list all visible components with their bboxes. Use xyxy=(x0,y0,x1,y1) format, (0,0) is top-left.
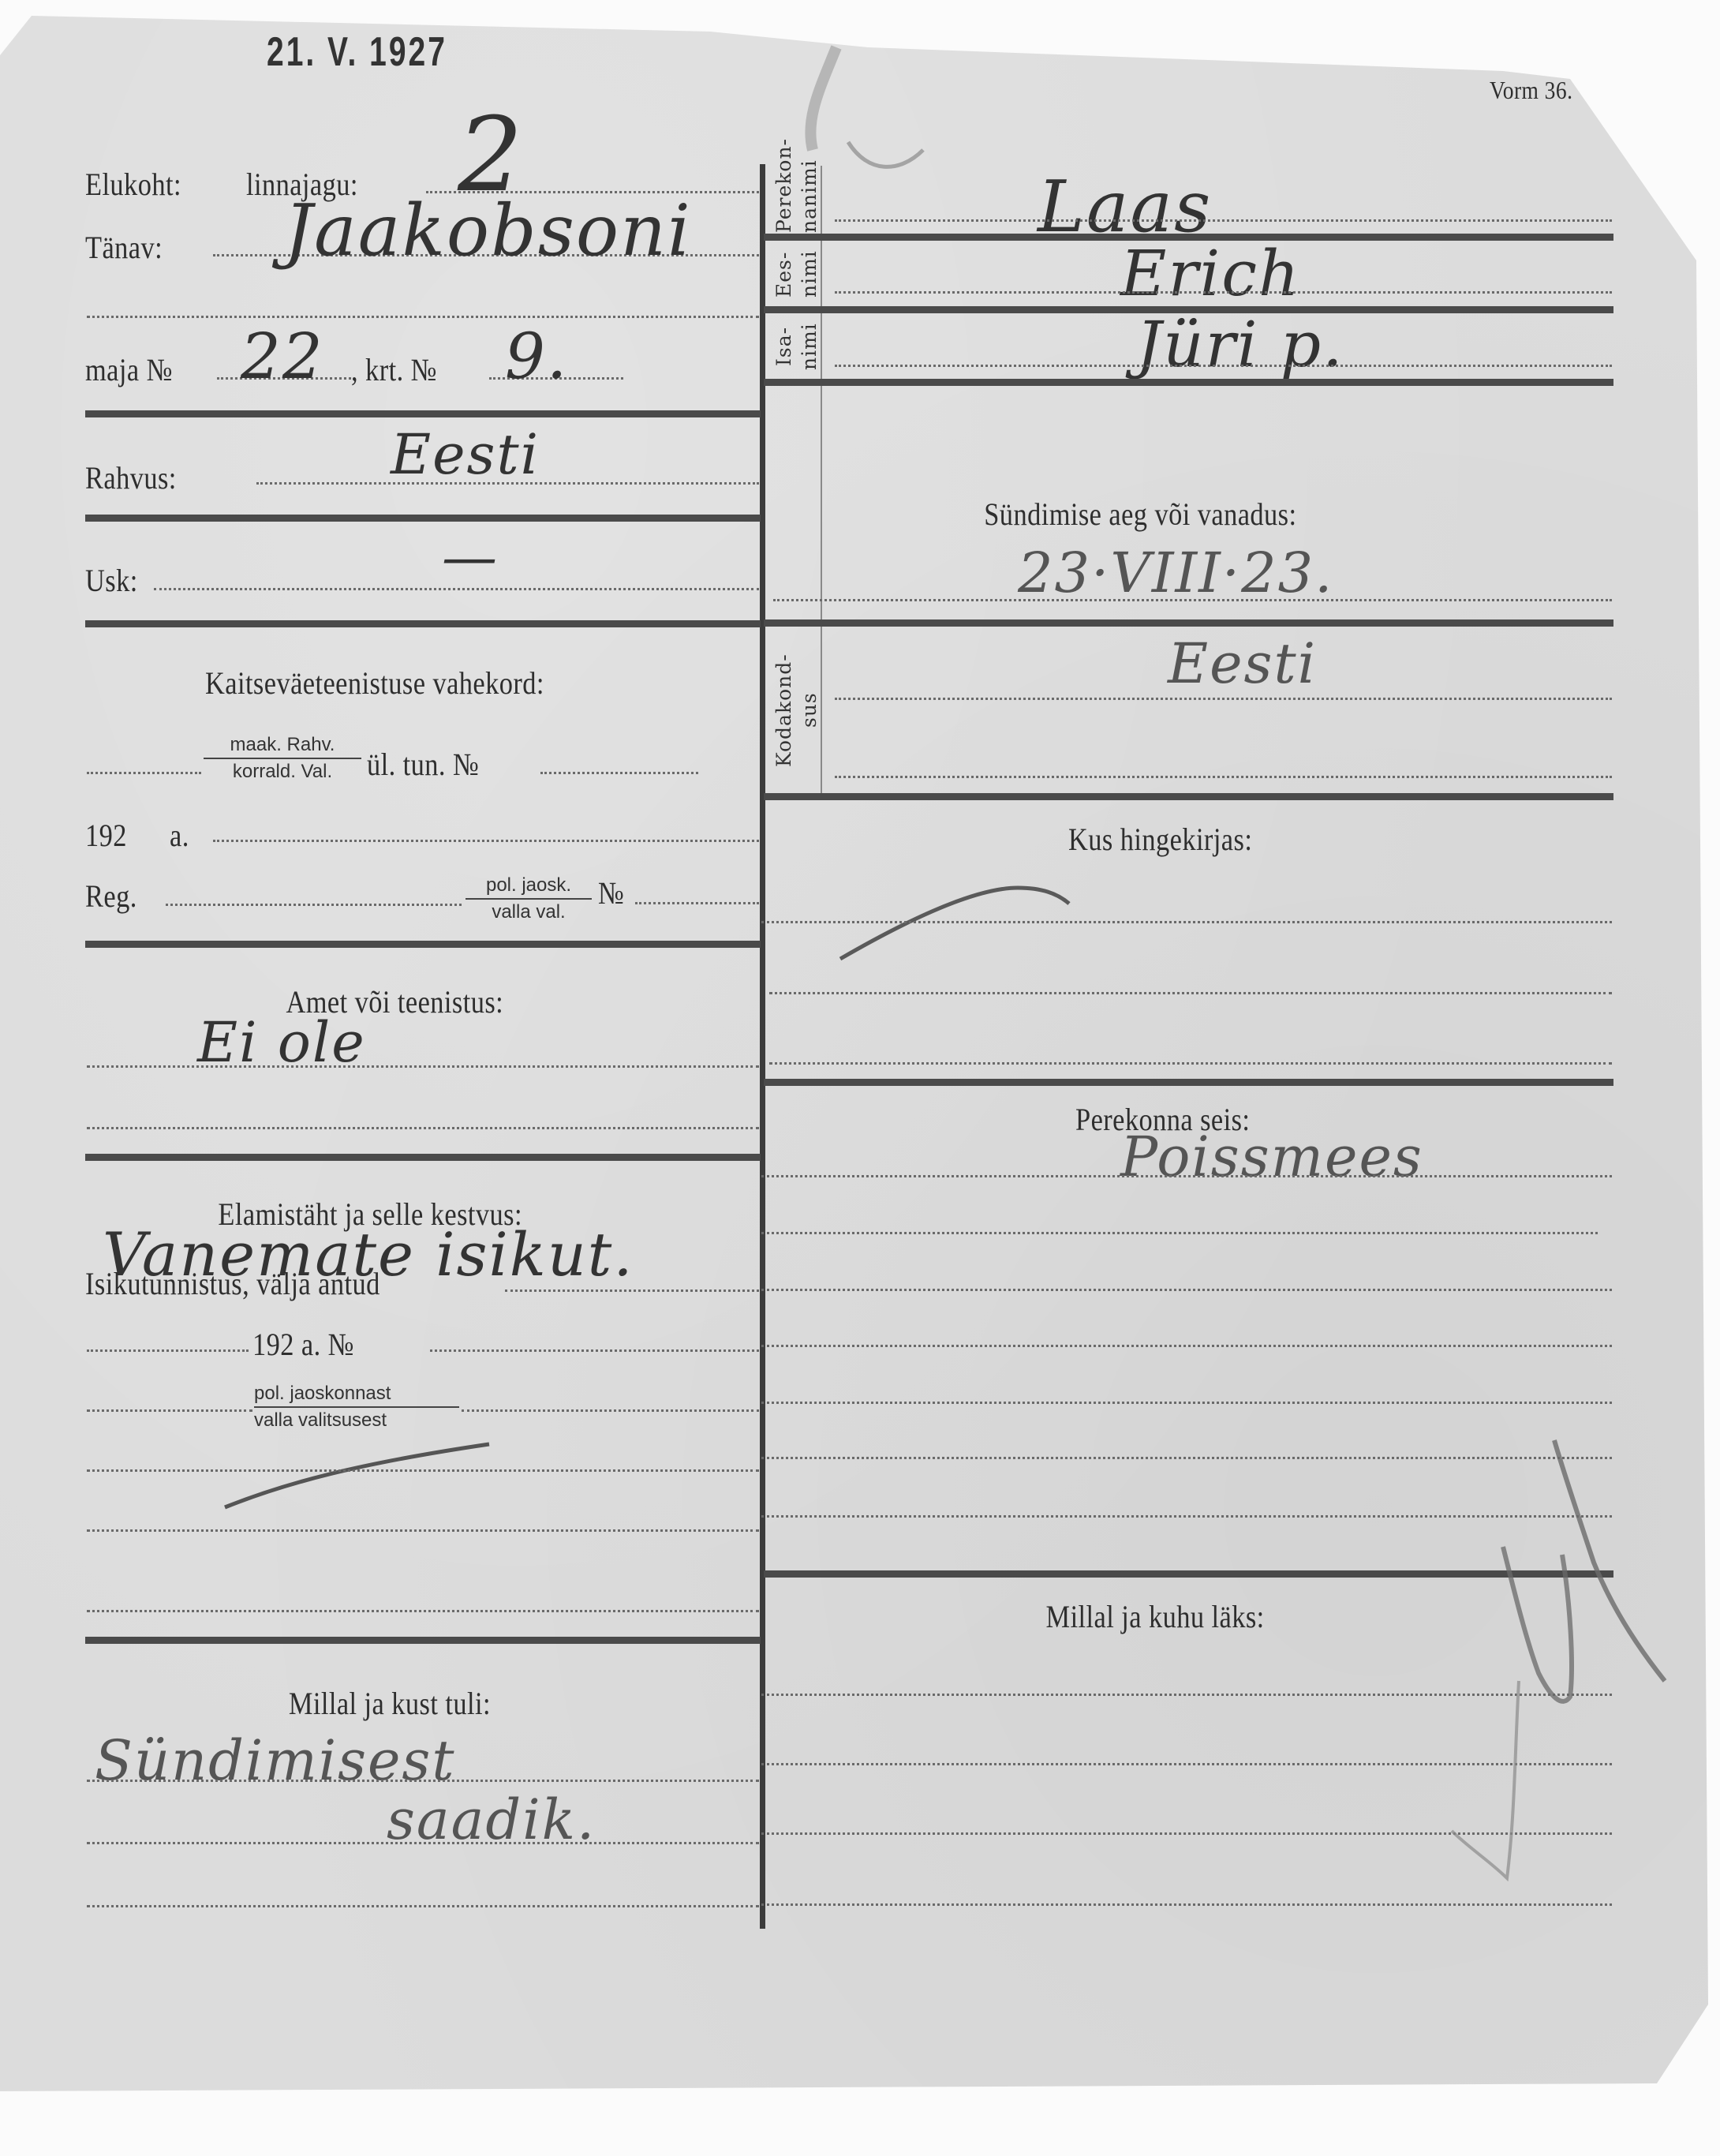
perekonnanimi-label: Perekon-nanimi xyxy=(772,170,819,233)
millal-tuli-line-3 xyxy=(87,1905,759,1907)
rahvus-value: Eesti xyxy=(391,422,540,487)
kodakondsus-line-1 xyxy=(835,698,1612,700)
id-year-label: 192 a. № xyxy=(252,1326,354,1363)
hingekiri-line-2 xyxy=(769,992,1612,994)
id-line-3 xyxy=(87,1469,759,1472)
frac-maak-korrald: maak. Rahv. korrald. Val. xyxy=(204,734,361,783)
millal-tuli-line-2 xyxy=(87,1842,759,1844)
hingekiri-label: Kus hingekirjas: xyxy=(1068,821,1252,858)
rule xyxy=(85,410,761,417)
perekonna-seis-line-2 xyxy=(761,1232,1598,1234)
id-line-4 xyxy=(87,1529,759,1532)
millal-tuli-value-1: Sündimisest xyxy=(95,1728,455,1793)
tanav-label: Tänav: xyxy=(85,229,163,266)
rule xyxy=(764,619,1613,627)
id-year-line-a xyxy=(87,1349,249,1352)
usk-value: — xyxy=(442,525,499,590)
reg-line xyxy=(166,904,462,906)
rule xyxy=(764,379,1613,386)
krt-label: , krt. № xyxy=(351,351,437,388)
eesnimi-label: Ees-nimi xyxy=(772,245,819,304)
rule xyxy=(85,1637,761,1644)
elukoht-label: Elukoht: xyxy=(85,166,181,203)
perekonnanimi-line xyxy=(835,219,1612,222)
perekonna-seis-line-1 xyxy=(761,1175,1612,1177)
military-year-suffix: a. xyxy=(170,817,189,854)
military-title: Kaitseväeteenistuse vahekord: xyxy=(205,664,544,702)
perekonna-seis-line-4 xyxy=(761,1345,1612,1347)
frac-pol-valla: pol. jaosk. valla val. xyxy=(466,874,592,923)
amet-line-2 xyxy=(87,1127,759,1129)
id-issuer-line-a xyxy=(87,1409,252,1412)
dash-stroke xyxy=(221,1440,497,1511)
sundimine-line xyxy=(773,599,1612,601)
isanimi-value: Jüri p. xyxy=(1136,308,1344,381)
rule xyxy=(85,515,761,522)
reg-label: Reg. xyxy=(85,878,137,915)
millal-tuli-label: Millal ja kust tuli: xyxy=(289,1685,491,1722)
tanav-value: Jaakobsoni xyxy=(284,189,692,272)
hingekiri-line-1 xyxy=(761,921,1612,923)
isanimi-label: Isa-nimi xyxy=(772,316,819,377)
pencil-mark-m xyxy=(1460,1436,1696,1910)
hingekiri-line-3 xyxy=(769,1062,1612,1065)
eesnimi-line xyxy=(835,291,1612,294)
perekonna-seis-line-5 xyxy=(761,1402,1612,1404)
reg-no-sign: № xyxy=(598,874,624,911)
isikutunnistus-label: Isikutunnistus, välja antud xyxy=(85,1265,380,1302)
rule xyxy=(85,1154,761,1161)
id-year-line-b xyxy=(430,1349,759,1352)
center-divider xyxy=(760,164,765,1929)
military-line-1b xyxy=(540,772,698,774)
date-stamp: 21. V. 1927 xyxy=(267,28,447,76)
isikutunnistus-line xyxy=(505,1289,759,1292)
sundimine-label: Sündimise aeg või vanadus: xyxy=(984,496,1296,533)
tanav-line-2 xyxy=(87,316,759,318)
millal-laks-label: Millal ja kuhu läks: xyxy=(1046,1598,1265,1635)
military-line-2 xyxy=(213,840,759,842)
krt-value: 9. xyxy=(505,320,568,393)
military-line-1a xyxy=(87,772,201,774)
id-line-5 xyxy=(87,1610,759,1612)
amet-line-1 xyxy=(87,1065,759,1068)
kodakondsus-line-2 xyxy=(835,776,1612,778)
frac-pol-jaoskonnast: pol. jaoskonnast valla valitsusest xyxy=(254,1383,459,1432)
form-number: Vorm 36. xyxy=(1490,76,1572,105)
reg-line-2 xyxy=(635,902,759,904)
maja-value: 22 xyxy=(241,320,324,393)
isanimi-line xyxy=(835,365,1612,367)
kodakondsus-value: Eesti xyxy=(1168,631,1317,696)
dash-stroke xyxy=(836,884,1073,963)
sundimine-value: 23·VIII·23. xyxy=(1018,541,1333,605)
rule xyxy=(85,941,761,948)
eesnimi-value: Erich xyxy=(1120,237,1301,310)
usk-label: Usk: xyxy=(85,562,138,599)
perekonna-seis-line-3 xyxy=(761,1289,1612,1291)
rule xyxy=(764,1079,1613,1086)
maja-label: maja № xyxy=(85,351,173,388)
id-issuer-line-b xyxy=(462,1409,759,1412)
military-year-prefix: 192 xyxy=(85,817,127,854)
perekonna-seis-value: Poissmees xyxy=(1120,1125,1423,1189)
millal-tuli-line-1 xyxy=(87,1780,759,1782)
rule xyxy=(764,793,1613,800)
kodakondsus-label: Kodakond-sus xyxy=(772,631,819,789)
rule xyxy=(85,620,761,627)
ul-tun-label: ül. tun. № xyxy=(367,746,479,783)
rahvus-label: Rahvus: xyxy=(85,459,177,496)
